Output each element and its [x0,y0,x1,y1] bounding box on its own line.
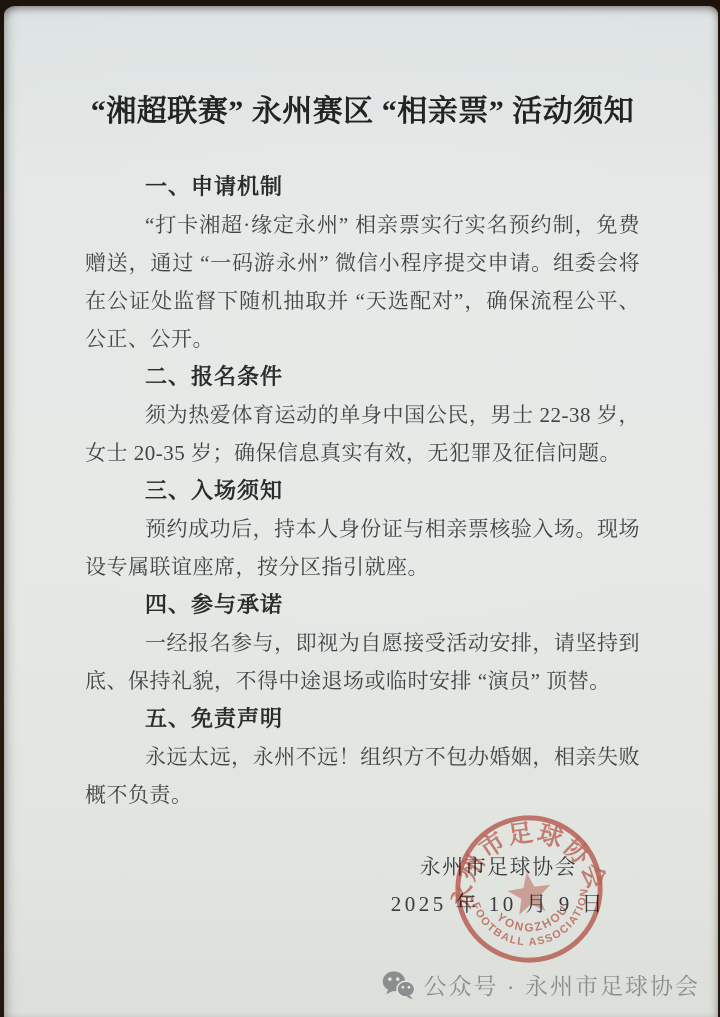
section-eligibility: 二、报名条件 须为热爱体育运动的单身中国公民，男士 22-38 岁，女士 20-… [85,358,640,472]
section-admission: 三、入场须知 预约成功后，持本人身份证与相亲票核验入场。现场设专属联谊座席，按分… [85,472,640,586]
page-title: “湘超联赛” 永州赛区 “相亲票” 活动须知 [85,92,640,132]
section-disclaimer: 五、免责声明 永远太远，永州不远！组织方不包办婚姻，相亲失败概不负责。 [85,700,640,814]
section-application: 一、申请机制 “打卡湘超·缘定永州” 相亲票实行实名预约制，免费赠送，通过 “一… [85,168,640,358]
section-heading: 二、报名条件 [85,358,640,396]
section-body: 须为热爱体育运动的单身中国公民，男士 22-38 岁，女士 20-35 岁；确保… [85,396,640,472]
document-page: “湘超联赛” 永州赛区 “相亲票” 活动须知 一、申请机制 “打卡湘超·缘定永州… [4,6,718,1017]
footer-text: 公众号 · 永州市足球协会 [424,968,700,1001]
section-heading: 一、申请机制 [85,168,640,206]
section-heading: 三、入场须知 [85,472,640,510]
section-body: 永远太远，永州不远！组织方不包办婚姻，相亲失败概不负责。 [85,738,640,814]
signature-block: 永州市足球协会 2025 年 10 月 9 日 [391,854,606,917]
section-heading: 四、参与承诺 [85,586,640,624]
photo-frame: “湘超联赛” 永州赛区 “相亲票” 活动须知 一、申请机制 “打卡湘超·缘定永州… [0,0,720,1017]
wechat-icon [382,970,415,1000]
section-body: “打卡湘超·缘定永州” 相亲票实行实名预约制，免费赠送，通过 “一码游永州” 微… [85,206,640,358]
signature-date: 2025 年 10 月 9 日 [391,891,606,917]
section-body: 一经报名参与，即视为自愿接受活动安排，请坚持到底、保持礼貌，不得中途退场或临时安… [85,624,640,700]
wechat-footer: 公众号 · 永州市足球协会 [382,968,700,1001]
section-heading: 五、免责声明 [85,700,640,738]
section-body: 预约成功后，持本人身份证与相亲票核验入场。现场设专属联谊座席，按分区指引就座。 [85,510,640,586]
signature-org: 永州市足球协会 [391,854,606,880]
section-commitment: 四、参与承诺 一经报名参与，即视为自愿接受活动安排，请坚持到底、保持礼貌，不得中… [85,586,640,700]
